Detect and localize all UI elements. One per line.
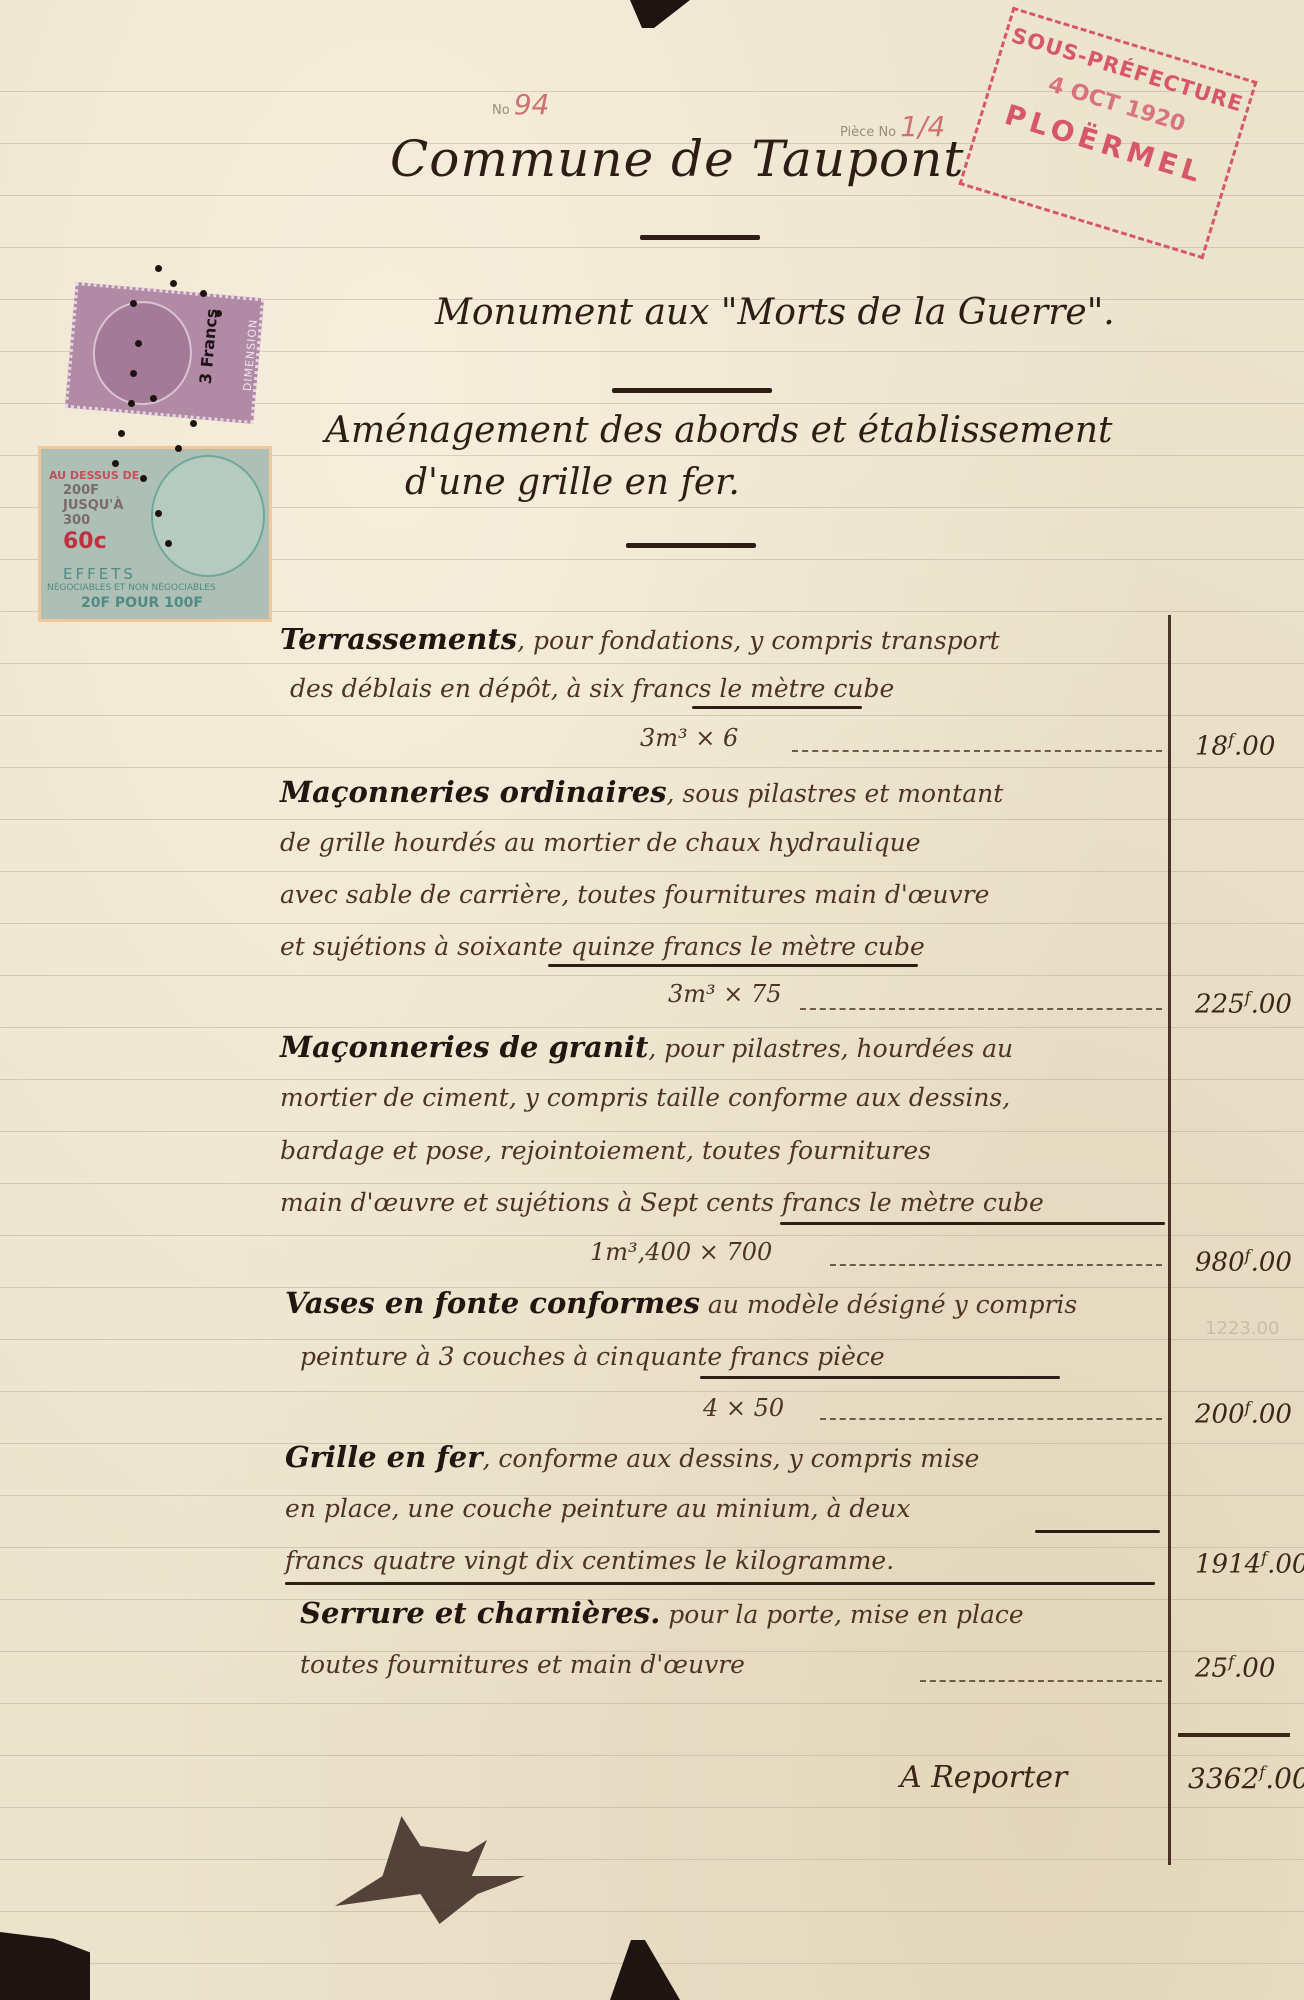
fiscal-stamp-line-3: EFFETS [63,565,136,583]
item-text: , pour fondations, y compris transport [517,626,1000,655]
price-underline [1035,1530,1160,1533]
leader-dashes [830,1264,1162,1266]
fiscal-stamp-line-4: NÉGOCIABLES ET NON NÉGOCIABLES [47,583,216,593]
fiscal-stamp-denomination: 3 Francs [196,308,222,385]
carry-forward-total: 3362f.00 [1188,1762,1304,1795]
item-amount: 980f.00 [1195,1246,1300,1278]
price-underline [285,1582,1155,1585]
item-amount: 1914f.00 [1195,1548,1300,1580]
item-vases-line-1: Vases en fonte conformes au modèle désig… [285,1286,1077,1320]
subtitle-grille: d'une grille en fer. [405,462,740,503]
item-line: peinture à 3 couches à cinquante francs … [300,1342,885,1371]
item-calc: 3m³ × 6 [640,724,738,752]
item-line: bardage et pose, rejointoiement, toutes … [280,1136,931,1165]
divider-1 [612,388,772,393]
fiscal-stamp-line-1: AU DESSUS DE [49,469,139,482]
item-text: , pour pilastres, hourdées au [648,1034,1013,1063]
fiscal-stamp-line-5: 20F POUR 100F [81,595,203,611]
torn-edge-top [630,0,690,28]
total-rule [1178,1733,1290,1737]
item-line: main d'œuvre et sujétions à Sept cents f… [280,1188,1044,1217]
item-text: pour la porte, mise en place [660,1600,1023,1629]
amount-column-rule [1168,615,1171,1865]
item-line: francs quatre vingt dix centimes le kilo… [285,1546,894,1575]
fiscal-stamp-line-2: 200F JUSQU'À 300 [63,483,103,528]
document-number-label: No [492,103,510,118]
item-heading: Vases en fonte conformes [285,1286,700,1320]
item-line: mortier de ciment, y compris taille conf… [280,1083,1010,1112]
fiscal-stamp-value: 60c [63,529,107,554]
item-text: , sous pilastres et montant [667,779,1004,808]
item-serrure-line-1: Serrure et charnières. pour la porte, mi… [300,1596,1024,1630]
pencil-subtotal-note: 1223.00 [1205,1318,1279,1339]
item-amount: 18f.00 [1195,730,1300,762]
item-calc: 4 × 50 [703,1394,784,1422]
marianne-medallion-icon [151,455,265,577]
document-number: No 94 [492,88,549,121]
item-heading: Terrassements [280,622,517,656]
item-line: en place, une couche peinture au minium,… [285,1494,910,1523]
title-underline [640,235,760,240]
carry-forward-label: A Reporter [900,1760,1067,1795]
leader-dashes [920,1680,1162,1682]
item-line: toutes fournitures et main d'œuvre [300,1650,745,1679]
subtitle-monument: Monument aux "Morts de la Guerre". [435,292,1115,333]
item-line: et sujétions à soixante quinze francs le… [280,932,925,961]
item-amount: 25f.00 [1195,1652,1300,1684]
price-underline [700,1376,1060,1379]
fiscal-stamp-type: DIMENSION [240,318,259,391]
item-heading: Maçonneries ordinaires [280,775,667,809]
item-line: de grille hourdés au mortier de chaux hy… [280,828,921,857]
item-maconneries-ordinaires-line-1: Maçonneries ordinaires, sous pilastres e… [280,775,1003,809]
price-underline [692,706,862,709]
item-calc: 3m³ × 75 [668,980,782,1008]
item-text: au modèle désigné y compris [700,1290,1077,1319]
item-amount: 200f.00 [1195,1398,1300,1430]
leader-dashes [820,1418,1162,1420]
item-grille-line-1: Grille en fer, conforme aux dessins, y c… [285,1440,979,1474]
item-line: avec sable de carrière, toutes fournitur… [280,880,989,909]
price-underline [548,964,918,967]
item-calc: 1m³,400 × 700 [590,1238,772,1266]
document-page: No 94 Pièce No 1/4 SOUS-PRÉFECTURE 4 OCT… [0,0,1304,2000]
fiscal-stamp-effets: AU DESSUS DE 200F JUSQU'À 300 60c EFFETS… [38,446,272,622]
item-heading: Serrure et charnières. [300,1596,660,1630]
item-amount: 225f.00 [1195,988,1300,1020]
document-number-value: 94 [514,88,550,121]
marianne-medallion-icon [89,297,197,409]
leader-dashes [792,750,1162,752]
fiscal-stamp-dimension: DIMENSION 3 Francs [65,282,264,424]
item-maconneries-granit-line-1: Maçonneries de granit, pour pilastres, h… [280,1030,1013,1064]
price-underline [780,1222,1165,1225]
item-terrassements-line-2: des déblais en dépôt, à six francs le mè… [290,674,894,703]
subtitle-amenagement: Aménagement des abords et établissement [325,410,1112,451]
item-text: , conforme aux dessins, y compris mise [482,1444,979,1473]
page-title: Commune de Taupont [390,130,964,188]
divider-2 [626,543,756,548]
item-heading: Maçonneries de granit [280,1030,648,1064]
item-heading: Grille en fer [285,1440,482,1474]
item-terrassements-line-1: Terrassements, pour fondations, y compri… [280,622,1000,656]
leader-dashes [800,1008,1162,1010]
